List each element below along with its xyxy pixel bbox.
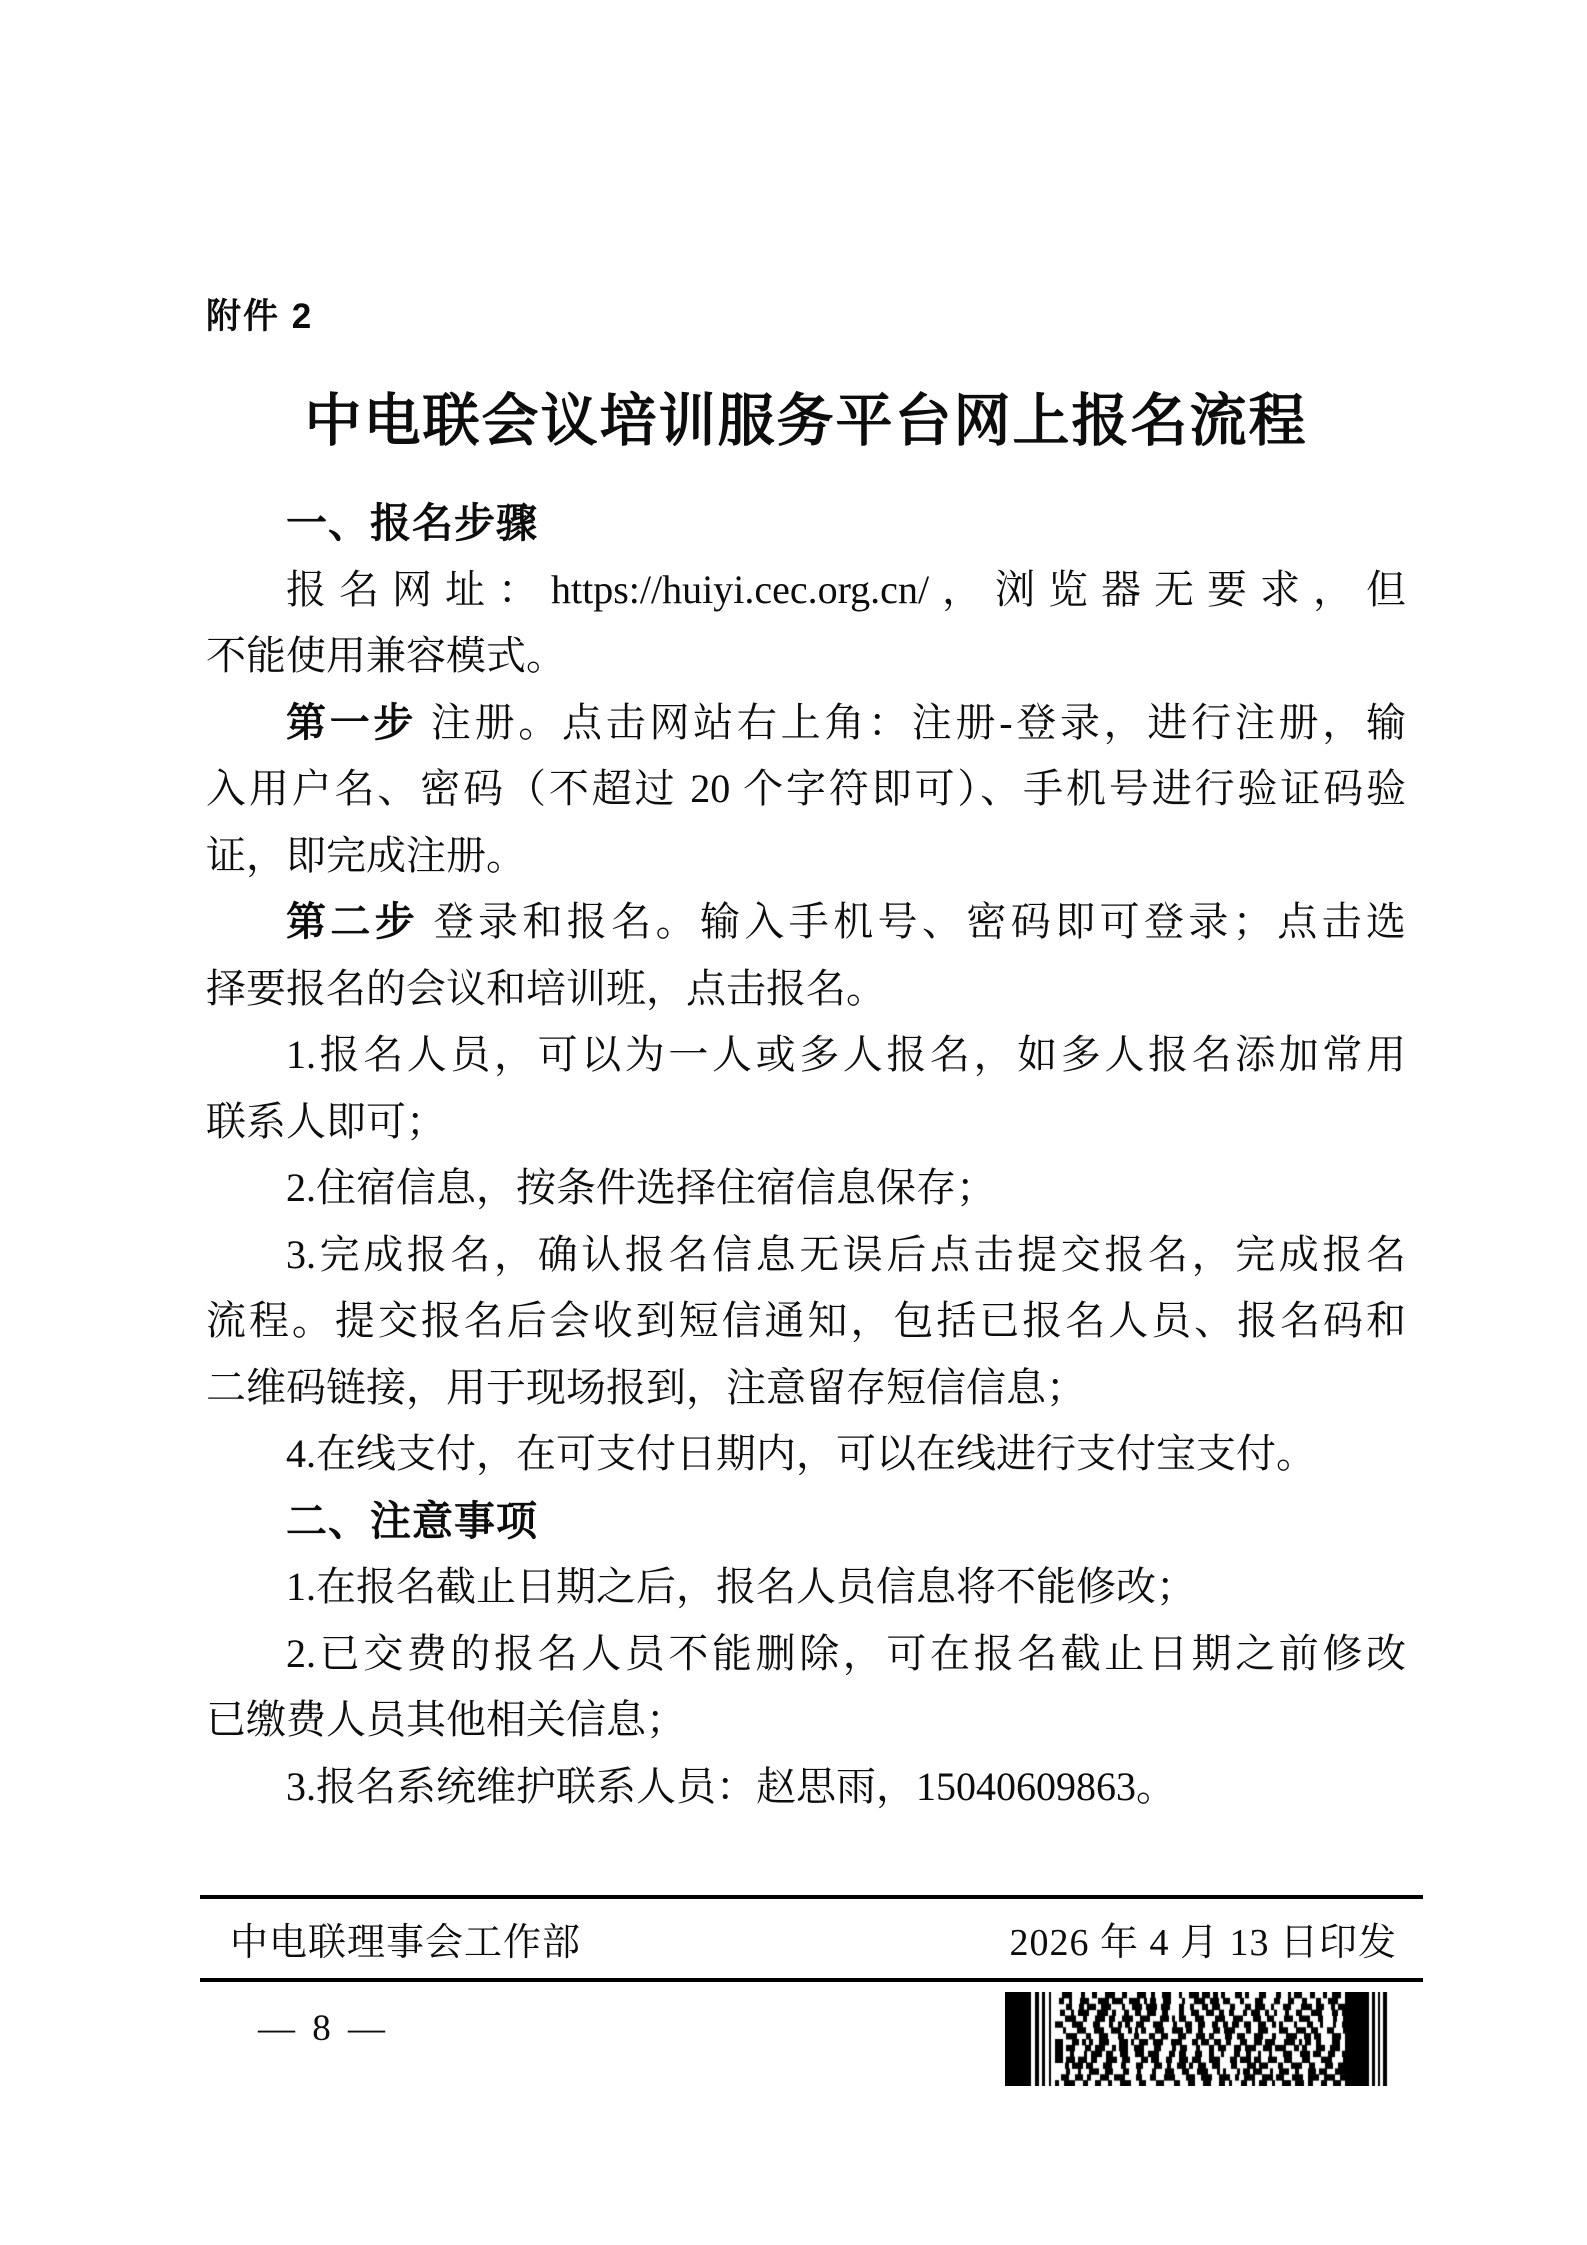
body-line: 证，即完成注册。: [206, 823, 1406, 890]
body-line: 2.已交费的报名人员不能删除，可在报名截止日期之前修改: [206, 1621, 1406, 1688]
bold-run: 二、注意事项: [286, 1498, 538, 1544]
attachment-label: 附件 2: [206, 296, 313, 338]
text-run: 流程。提交报名后会收到短信通知，包括已报名人员、报名码和: [206, 1298, 1406, 1343]
text-run: 1.在报名截止日期之后，报名人员信息将不能修改；: [286, 1564, 1196, 1609]
text-run: 2.已交费的报名人员不能删除，可在报名截止日期之前修改: [286, 1631, 1406, 1676]
section-heading: 二、注意事项: [206, 1488, 1406, 1555]
text-run: 3.报名系统维护联系人员：赵思雨，15040609863。: [286, 1764, 1176, 1809]
document-page: 附件 2 中电联会议培训服务平台网上报名流程 一、报名步骤报名网址：https:…: [0, 0, 1587, 2245]
body-line: 3.报名系统维护联系人员：赵思雨，15040609863。: [206, 1754, 1406, 1821]
text-run: 报名网址：https://huiyi.cec.org.cn/，浏览器无要求，但: [286, 567, 1406, 612]
text-run: 已缴费人员其他相关信息；: [206, 1697, 686, 1742]
text-run: 联系人即可；: [206, 1099, 446, 1144]
body-line: 3.完成报名，确认报名信息无误后点击提交报名，完成报名: [206, 1222, 1406, 1289]
body-line: 联系人即可；: [206, 1089, 1406, 1156]
text-run: 入用户名、密码（不超过 20 个字符即可）、手机号进行验证码验: [206, 766, 1406, 811]
text-run: 二维码链接，用于现场报到，注意留存短信信息；: [206, 1365, 1086, 1410]
text-run: 登录和报名。输入手机号、密码即可登录；点击选: [419, 899, 1406, 944]
body-line: 择要报名的会议和培训班，点击报名。: [206, 956, 1406, 1023]
body-line: 流程。提交报名后会收到短信通知，包括已报名人员、报名码和: [206, 1288, 1406, 1355]
text-run: 4.在线支付，在可支付日期内，可以在线进行支付宝支付。: [286, 1431, 1316, 1476]
text-run: 注册。点击网站右上角：注册-登录，进行注册，输: [417, 700, 1406, 745]
document-title: 中电联会议培训服务平台网上报名流程: [194, 390, 1418, 454]
page-number: — 8 —: [258, 2008, 389, 2050]
footer-issuer: 中电联理事会工作部: [230, 1920, 581, 1966]
body-line: 4.在线支付，在可支付日期内，可以在线进行支付宝支付。: [206, 1421, 1406, 1488]
footer-row: 中电联理事会工作部 2026 年 4 月 13 日印发: [200, 1920, 1423, 1966]
section-heading: 一、报名步骤: [206, 490, 1406, 557]
body-line: 第二步 登录和报名。输入手机号、密码即可登录；点击选: [206, 889, 1406, 956]
footer-bottom-rule: [200, 1978, 1423, 1982]
body-line: 1.报名人员，可以为一人或多人报名，如多人报名添加常用: [206, 1022, 1406, 1089]
text-run: 2.住宿信息，按条件选择住宿信息保存；: [286, 1165, 996, 1210]
bold-run: 第一步: [286, 701, 417, 745]
footer-top-rule: [200, 1895, 1423, 1899]
text-run: 1.报名人员，可以为一人或多人报名，如多人报名添加常用: [286, 1032, 1406, 1077]
pdf417-barcode-icon: [1005, 1992, 1395, 2086]
text-run: 3.完成报名，确认报名信息无误后点击提交报名，完成报名: [286, 1232, 1406, 1277]
document-body: 一、报名步骤报名网址：https://huiyi.cec.org.cn/，浏览器…: [206, 490, 1406, 1820]
body-line: 1.在报名截止日期之后，报名人员信息将不能修改；: [206, 1554, 1406, 1621]
text-run: 择要报名的会议和培训班，点击报名。: [206, 966, 886, 1011]
body-line: 不能使用兼容模式。: [206, 623, 1406, 690]
body-line: 第一步 注册。点击网站右上角：注册-登录，进行注册，输: [206, 690, 1406, 757]
body-line: 已缴费人员其他相关信息；: [206, 1687, 1406, 1754]
body-line: 2.住宿信息，按条件选择住宿信息保存；: [206, 1155, 1406, 1222]
body-line: 二维码链接，用于现场报到，注意留存短信信息；: [206, 1355, 1406, 1422]
footer-print-date: 2026 年 4 月 13 日印发: [1009, 1920, 1397, 1966]
body-line: 报名网址：https://huiyi.cec.org.cn/，浏览器无要求，但: [206, 557, 1406, 624]
text-run: 证，即完成注册。: [206, 833, 526, 878]
bold-run: 第二步: [286, 900, 419, 944]
body-line: 入用户名、密码（不超过 20 个字符即可）、手机号进行验证码验: [206, 756, 1406, 823]
text-run: 不能使用兼容模式。: [206, 633, 566, 678]
bold-run: 一、报名步骤: [286, 500, 538, 546]
